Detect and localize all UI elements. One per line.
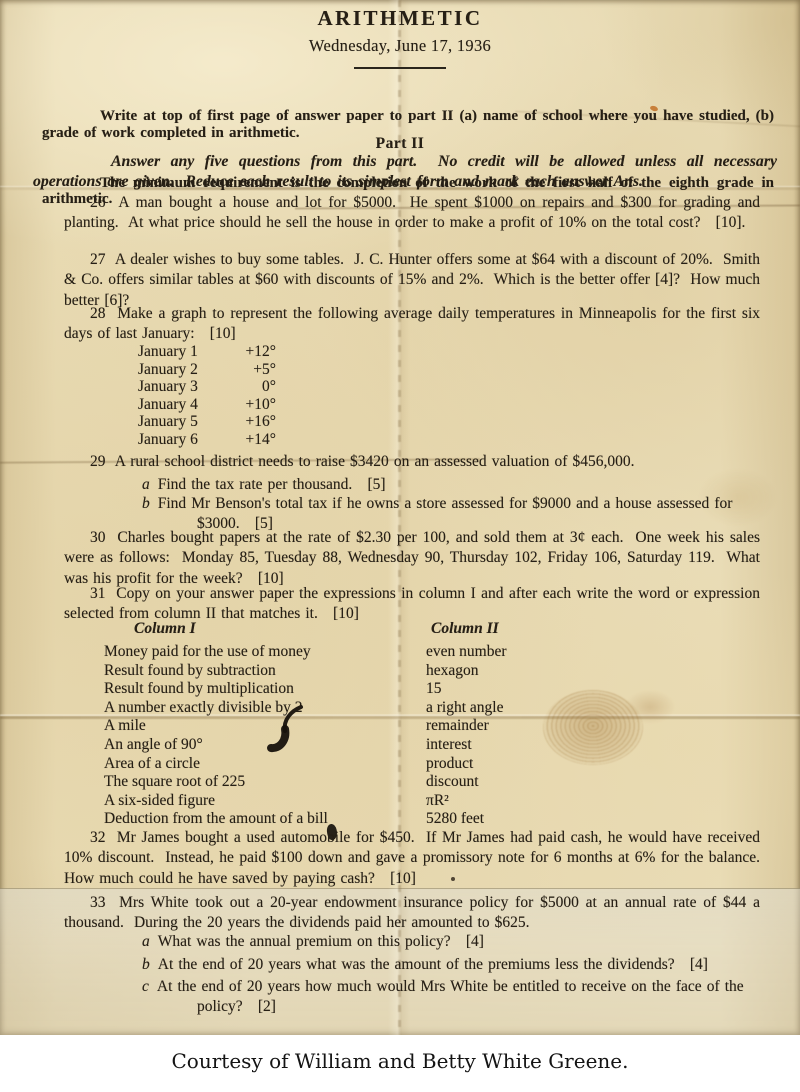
question-28: 28 Make a graph to represent the followi… xyxy=(64,304,760,345)
column2-heading: Column II xyxy=(431,620,499,638)
question-33a: aWhat was the annual premium on this pol… xyxy=(142,932,748,952)
table-row: January 30° xyxy=(138,378,276,396)
part-heading: Part II xyxy=(0,135,800,153)
table-row: A mileremainder xyxy=(104,717,784,736)
question-31: 31 Copy on your answer paper the express… xyxy=(64,584,760,625)
question-33c: cAt the end of 20 years how much would M… xyxy=(142,977,748,1016)
question-27: 27 A dealer wishes to buy some tables. J… xyxy=(64,250,760,311)
page-title: ARITHMETIC xyxy=(0,6,800,31)
table-row: A six-sided figureπR² xyxy=(104,792,784,811)
table-row: January 2+5° xyxy=(138,361,276,379)
part-directions: Answer any five questions from this part… xyxy=(33,152,777,191)
table-row: The square root of 225discount xyxy=(104,773,784,792)
table-row: Deduction from the amount of a bill5280 … xyxy=(104,810,784,829)
question-33b: bAt the end of 20 years what was the amo… xyxy=(142,955,748,975)
table-row: An angle of 90°interest xyxy=(104,736,784,755)
question-32: 32 Mr James bought a used automobile for… xyxy=(64,828,760,889)
table-row: Money paid for the use of moneyeven numb… xyxy=(104,643,784,662)
exam-date: Wednesday, June 17, 1936 xyxy=(0,36,800,56)
paper-sheet: ARITHMETIC Wednesday, June 17, 1936 Writ… xyxy=(0,0,800,1035)
table-row: Result found by subtractionhexagon xyxy=(104,662,784,681)
caption-strip: Courtesy of William and Betty White Gree… xyxy=(0,1035,800,1092)
table-row: January 6+14° xyxy=(138,431,276,449)
question-33: 33 Mrs White took out a 20-year endowmen… xyxy=(64,893,760,932)
table-row: A number exactly divisible by 2a right a… xyxy=(104,699,784,718)
question-26: 26 A man bought a house and lot for $500… xyxy=(64,193,760,234)
question-29: 29 A rural school district needs to rais… xyxy=(64,452,760,472)
table-row: January 4+10° xyxy=(138,396,276,414)
caption-text: Courtesy of William and Betty White Gree… xyxy=(0,1035,800,1087)
table-row: Area of a circleproduct xyxy=(104,755,784,774)
matching-column-headings: Column I Column II xyxy=(104,620,764,638)
divider-rule xyxy=(354,67,446,69)
matching-table: Money paid for the use of moneyeven numb… xyxy=(104,643,784,829)
scanned-exam-page: ARITHMETIC Wednesday, June 17, 1936 Writ… xyxy=(0,0,800,1092)
temperature-table: January 1+12° January 2+5° January 30° J… xyxy=(138,343,276,448)
table-row: January 5+16° xyxy=(138,413,276,431)
question-30: 30 Charles bought papers at the rate of … xyxy=(64,528,760,589)
table-row: Result found by multiplication15 xyxy=(104,680,784,699)
question-29a: aFind the tax rate per thousand. [5] xyxy=(142,475,748,495)
column1-heading: Column I xyxy=(134,620,196,637)
table-row: January 1+12° xyxy=(138,343,276,361)
